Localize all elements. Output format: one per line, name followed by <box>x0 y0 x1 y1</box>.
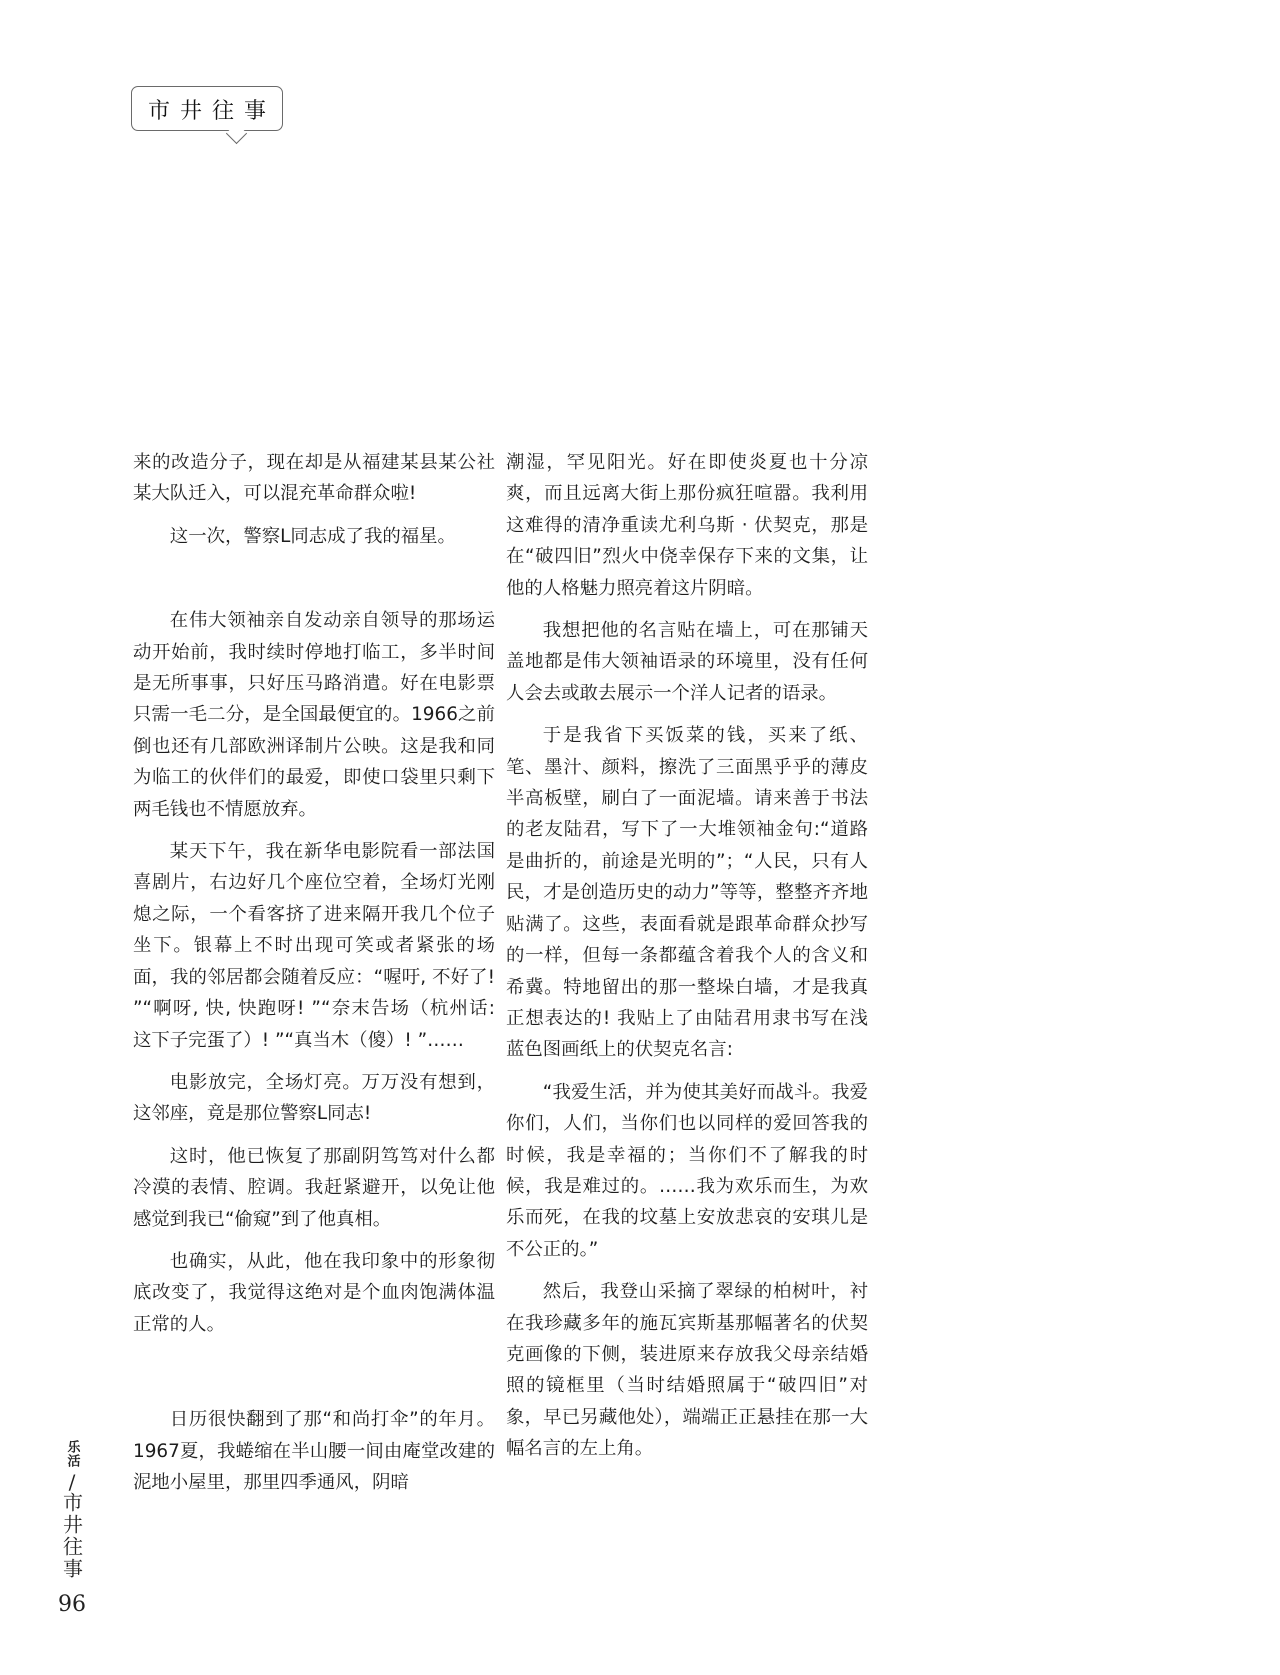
article-column-left: 来的改造分子，现在却是从福建某县某公社某大队迁入，可以混充革命群众啦! 这一次，… <box>133 447 495 1509</box>
section-tag-label: 市井往事 <box>132 94 282 125</box>
paragraph: 来的改造分子，现在却是从福建某县某公社某大队迁入，可以混充革命群众啦! <box>133 447 495 510</box>
section-break <box>133 1351 495 1404</box>
paragraph: 我想把他的名言贴在墙上，可在那铺天盖地都是伟大领袖语录的环境里，没有任何人会去或… <box>506 615 868 709</box>
quotation-paragraph: “我爱生活，并为使其美好而战斗。我爱你们，人们，当你们也以同样的爱回答我的时候，… <box>506 1077 868 1265</box>
paragraph: 电影放完，全场灯亮。万万没有想到，这邻座，竟是那位警察L同志! <box>133 1067 495 1130</box>
folio-separator: / <box>52 1472 92 1492</box>
speech-bubble-pointer-icon <box>226 123 247 144</box>
paragraph: 日历很快翻到了那“和尚打伞”的年月。1967夏，我蜷缩在半山腰一间由庵堂改建的泥… <box>133 1404 495 1498</box>
page-number: 96 <box>52 1592 92 1617</box>
paragraph: 于是我省下买饭菜的钱，买来了纸、笔、墨汁、颜料，擦洗了三面黑乎乎的薄皮半高板壁，… <box>506 720 868 1065</box>
column-name: 市井往事 <box>58 1492 87 1580</box>
article-column-right: 潮湿，罕见阳光。好在即使炎夏也十分凉爽，而且远离大街上那份疯狂喧嚣。我利用这难得… <box>506 447 868 1476</box>
paragraph: 也确实，从此，他在我印象中的形象彻底改变了，我觉得这绝对是个血肉饱满体温正常的人… <box>133 1246 495 1340</box>
magazine-name: 乐活 <box>63 1440 82 1468</box>
paragraph: 某天下午，我在新华电影院看一部法国喜剧片，右边好几个座位空着，全场灯光刚熄之际，… <box>133 836 495 1056</box>
section-tag: 市井往事 <box>131 86 283 131</box>
paragraph: 然后，我登山采摘了翠绿的柏树叶，衬在我珍藏多年的施瓦宾斯基那幅著名的伏契克画像的… <box>506 1276 868 1464</box>
paragraph: 这一次，警察L同志成了我的福星。 <box>133 521 495 552</box>
paragraph: 这时，他已恢复了那副阴笃笃对什么都冷漠的表情、腔调。我赶紧避开，以免让他感觉到我… <box>133 1141 495 1235</box>
section-break <box>133 563 495 605</box>
paragraph: 在伟大领袖亲自发动亲自领导的那场运动开始前，我时续时停地打临工，多半时间是无所事… <box>133 605 495 825</box>
page-folio: 乐活 / 市井往事 96 <box>52 1440 92 1617</box>
paragraph: 潮湿，罕见阳光。好在即使炎夏也十分凉爽，而且远离大街上那份疯狂喧嚣。我利用这难得… <box>506 447 868 604</box>
